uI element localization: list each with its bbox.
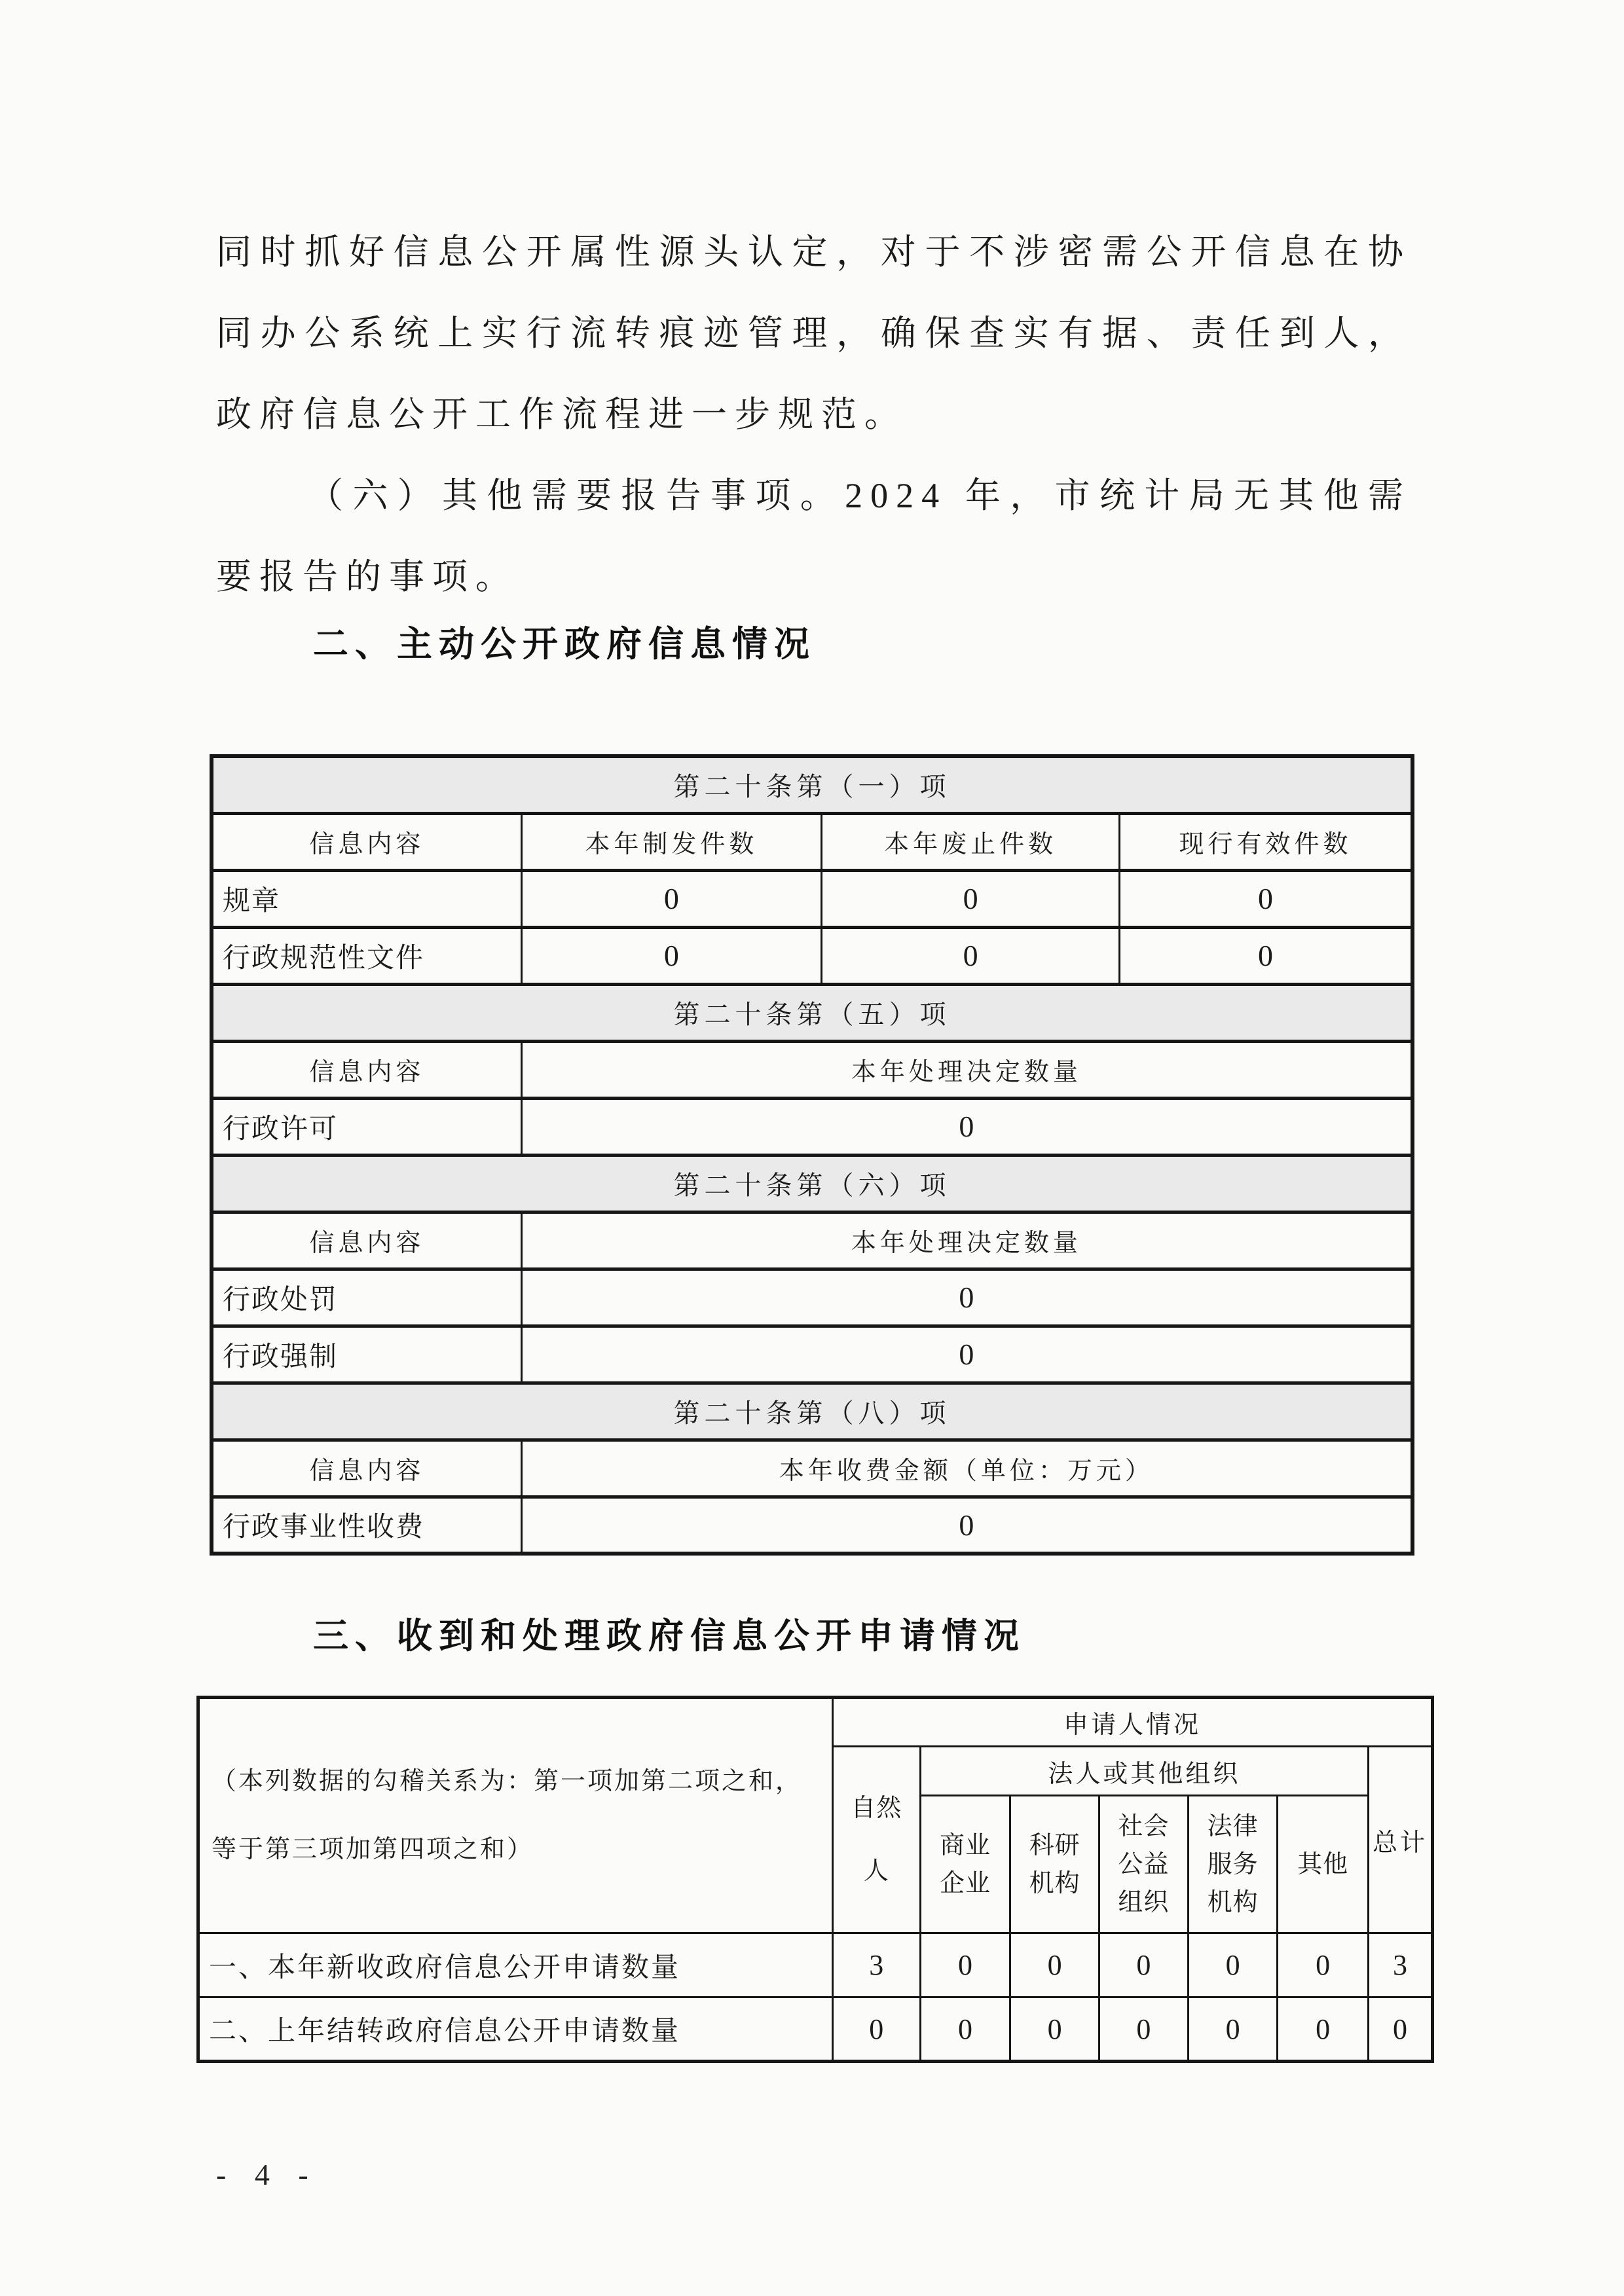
column-header-total: 总计 bbox=[1368, 1747, 1432, 1933]
column-header-research: 科研 机构 bbox=[1010, 1796, 1099, 1933]
table-row: 第二十条第（八）项 bbox=[212, 1383, 1412, 1440]
active-disclosure-table-body: 第二十条第（一）项信息内容本年制发件数本年废止件数现行有效件数规章000行政规范… bbox=[212, 756, 1412, 1554]
body-text-block: 同时抓好信息公开属性源头认定，对于不涉密需公开信息在协同办公系统上实行流转痕迹管… bbox=[216, 211, 1411, 617]
table-row: 信息内容本年处理决定数量 bbox=[212, 1212, 1412, 1269]
section-band: 第二十条第（一）项 bbox=[212, 756, 1412, 813]
row-label: 行政许可 bbox=[212, 1098, 521, 1155]
value-cell: 0 bbox=[521, 870, 822, 927]
row-label: 行政处罚 bbox=[212, 1269, 521, 1326]
active-disclosure-table: 第二十条第（一）项信息内容本年制发件数本年废止件数现行有效件数规章000行政规范… bbox=[210, 754, 1414, 1556]
table-row: 第二十条第（五）项 bbox=[212, 984, 1412, 1041]
column-header-social-welfare: 社会 公益 组织 bbox=[1099, 1796, 1189, 1933]
section-band: 第二十条第（八）项 bbox=[212, 1383, 1412, 1440]
column-header-commercial: 商业 企业 bbox=[920, 1796, 1010, 1933]
value-cell: 0 bbox=[521, 927, 822, 984]
value-cell: 0 bbox=[1010, 1997, 1099, 2062]
table-row: 行政许可0 bbox=[212, 1098, 1412, 1155]
value-cell: 0 bbox=[1188, 1997, 1278, 2062]
table-row: 第二十条第（一）项 bbox=[212, 756, 1412, 813]
table-row: 行政处罚0 bbox=[212, 1269, 1412, 1326]
value-cell: 0 bbox=[521, 1098, 1412, 1155]
value-cell: 0 bbox=[822, 870, 1120, 927]
table-row: 二、上年结转政府信息公开申请数量0000000 bbox=[198, 1997, 1433, 2062]
requests-table-body: 一、本年新收政府信息公开申请数量3000003二、上年结转政府信息公开申请数量0… bbox=[198, 1933, 1433, 2062]
section-heading-auto-disclosure: 二、主动公开政府信息情况 bbox=[216, 619, 816, 670]
value-cell: 0 bbox=[1278, 1997, 1369, 2062]
body-paragraph-1: 同时抓好信息公开属性源头认定，对于不涉密需公开信息在协同办公系统上实行流转痕迹管… bbox=[216, 211, 1411, 455]
value-cell: 0 bbox=[521, 1269, 1412, 1326]
total-cell: 3 bbox=[1368, 1933, 1432, 1997]
value-cell: 0 bbox=[832, 1997, 920, 2062]
column-header-natural-person: 自然 人 bbox=[832, 1747, 920, 1933]
section-heading-requests: 三、收到和处理政府信息公开申请情况 bbox=[216, 1611, 1025, 1662]
value-cell: 0 bbox=[920, 1997, 1010, 2062]
row-label: 二、上年结转政府信息公开申请数量 bbox=[198, 1997, 833, 2062]
row-label: 行政强制 bbox=[212, 1326, 521, 1383]
row-label: 行政事业性收费 bbox=[212, 1497, 521, 1554]
applicant-header: 申请人情况 bbox=[832, 1698, 1432, 1747]
reconciliation-note: （本列数据的勾稽关系为：第一项加第二项之和， 等于第三项加第四项之和） bbox=[198, 1698, 833, 1933]
row-label: 一、本年新收政府信息公开申请数量 bbox=[198, 1933, 833, 1997]
column-header: 本年处理决定数量 bbox=[521, 1212, 1412, 1269]
value-cell: 0 bbox=[822, 927, 1120, 984]
section-band: 第二十条第（五）项 bbox=[212, 984, 1412, 1041]
total-cell: 0 bbox=[1368, 1997, 1432, 2062]
value-cell: 0 bbox=[1278, 1933, 1369, 1997]
document-page: 同时抓好信息公开属性源头认定，对于不涉密需公开信息在协同办公系统上实行流转痕迹管… bbox=[0, 0, 1624, 2296]
column-header: 本年收费金额（单位：万元） bbox=[521, 1440, 1412, 1497]
column-header: 本年废止件数 bbox=[822, 813, 1120, 870]
column-header: 本年制发件数 bbox=[521, 813, 822, 870]
value-cell: 0 bbox=[1120, 870, 1413, 927]
table-row: 信息内容本年制发件数本年废止件数现行有效件数 bbox=[212, 813, 1412, 870]
table-row: 信息内容本年收费金额（单位：万元） bbox=[212, 1440, 1412, 1497]
column-header: 现行有效件数 bbox=[1120, 813, 1413, 870]
value-cell: 3 bbox=[832, 1933, 920, 1997]
table-row: 信息内容本年处理决定数量 bbox=[212, 1041, 1412, 1098]
requests-table-header: （本列数据的勾稽关系为：第一项加第二项之和， 等于第三项加第四项之和） 申请人情… bbox=[198, 1698, 1433, 1933]
section-band: 第二十条第（六）项 bbox=[212, 1155, 1412, 1212]
value-cell: 0 bbox=[920, 1933, 1010, 1997]
column-header-other: 其他 bbox=[1278, 1796, 1369, 1933]
table-row: 行政事业性收费0 bbox=[212, 1497, 1412, 1554]
value-cell: 0 bbox=[1120, 927, 1413, 984]
value-cell: 0 bbox=[1188, 1933, 1278, 1997]
table-row: 行政规范性文件000 bbox=[212, 927, 1412, 984]
column-header: 信息内容 bbox=[212, 1212, 521, 1269]
column-header: 信息内容 bbox=[212, 1041, 521, 1098]
table-row: 第二十条第（六）项 bbox=[212, 1155, 1412, 1212]
table-row: （本列数据的勾稽关系为：第一项加第二项之和， 等于第三项加第四项之和） 申请人情… bbox=[198, 1698, 1433, 1747]
column-header: 信息内容 bbox=[212, 1440, 521, 1497]
page-number: - 4 - bbox=[216, 2157, 319, 2192]
legal-entity-header: 法人或其他组织 bbox=[920, 1747, 1368, 1796]
column-header-legal-service: 法律 服务 机构 bbox=[1188, 1796, 1278, 1933]
value-cell: 0 bbox=[521, 1497, 1412, 1554]
table-row: 行政强制0 bbox=[212, 1326, 1412, 1383]
table-row: 规章000 bbox=[212, 870, 1412, 927]
value-cell: 0 bbox=[521, 1326, 1412, 1383]
table-row: 一、本年新收政府信息公开申请数量3000003 bbox=[198, 1933, 1433, 1997]
body-paragraph-2: （六）其他需要报告事项。2024 年，市统计局无其他需要报告的事项。 bbox=[216, 455, 1411, 617]
value-cell: 0 bbox=[1099, 1997, 1189, 2062]
requests-table: （本列数据的勾稽关系为：第一项加第二项之和， 等于第三项加第四项之和） 申请人情… bbox=[196, 1696, 1434, 2063]
value-cell: 0 bbox=[1010, 1933, 1099, 1997]
column-header: 信息内容 bbox=[212, 813, 521, 870]
row-label: 行政规范性文件 bbox=[212, 927, 521, 984]
row-label: 规章 bbox=[212, 870, 521, 927]
value-cell: 0 bbox=[1099, 1933, 1189, 1997]
column-header: 本年处理决定数量 bbox=[521, 1041, 1412, 1098]
